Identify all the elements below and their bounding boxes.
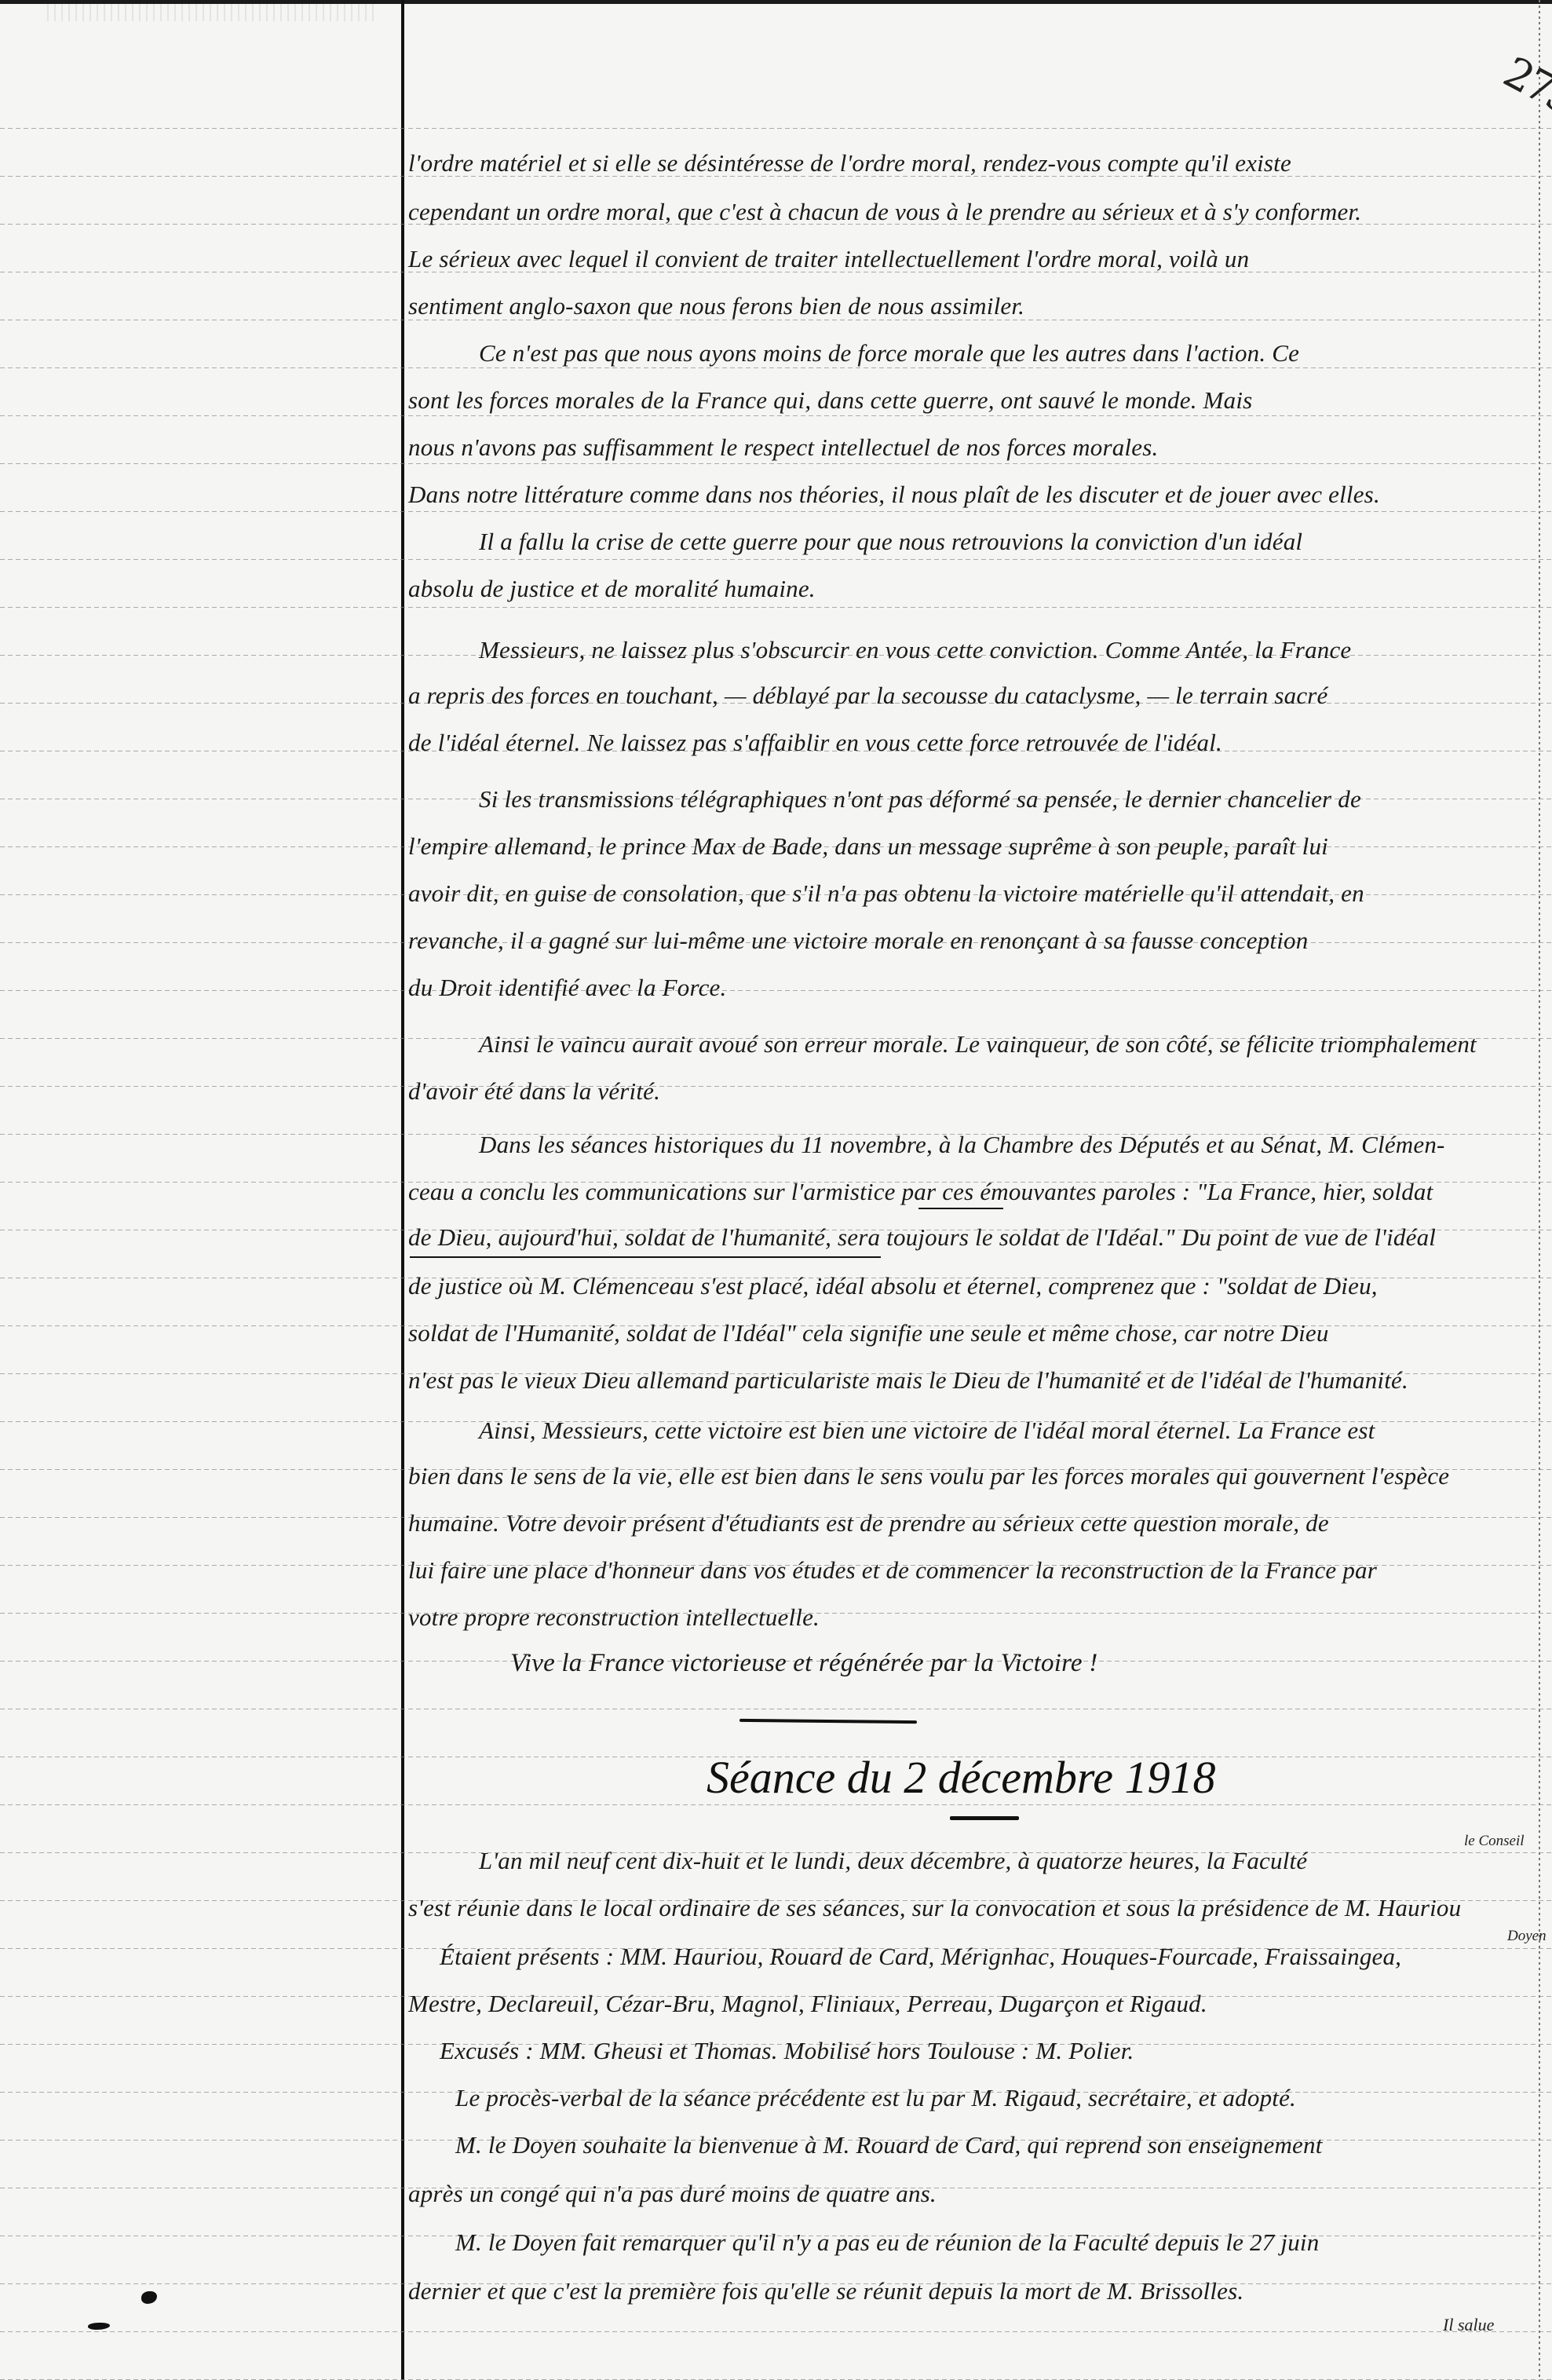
text-line: Le sérieux avec lequel il convient de tr… xyxy=(408,245,1249,273)
text-line: nous n'avons pas suffisamment le respect… xyxy=(408,433,1158,462)
text-line: a repris des forces en touchant, — débla… xyxy=(408,682,1328,710)
text-line: de l'idéal éternel. Ne laissez pas s'aff… xyxy=(408,729,1222,757)
text-line: bien dans le sens de la vie, elle est bi… xyxy=(408,1462,1449,1490)
ink-blot xyxy=(141,2291,157,2304)
text-line: M. le Doyen souhaite la bienvenue à M. R… xyxy=(455,2131,1323,2159)
text-line: Excusés : MM. Gheusi et Thomas. Mobilisé… xyxy=(440,2037,1134,2065)
heading-rule xyxy=(739,1719,917,1724)
text-line: revanche, il a gagné sur lui-même une vi… xyxy=(408,927,1308,955)
text-line: l'ordre matériel et si elle se désintére… xyxy=(408,149,1291,177)
text-line: Ce n'est pas que nous ayons moins de for… xyxy=(479,339,1299,367)
text-line: lui faire une place d'honneur dans vos é… xyxy=(408,1556,1377,1585)
text-line: du Droit identifié avec la Force. xyxy=(408,974,726,1002)
left-margin-rule xyxy=(401,0,404,2380)
text-line: L'an mil neuf cent dix-huit et le lundi,… xyxy=(479,1847,1307,1875)
text-line: n'est pas le vieux Dieu allemand particu… xyxy=(408,1366,1408,1395)
text-line: l'empire allemand, le prince Max de Bade… xyxy=(408,832,1328,861)
text-line: M. le Doyen fait remarquer qu'il n'y a p… xyxy=(455,2228,1319,2257)
handwritten-text-area: l'ordre matériel et si elle se désintére… xyxy=(408,0,1535,2380)
text-line: absolu de justice et de moralité humaine… xyxy=(408,575,816,603)
text-line: Mestre, Declareuil, Cézar-Bru, Magnol, F… xyxy=(408,1990,1207,2018)
text-line: soldat de l'Humanité, soldat de l'Idéal"… xyxy=(408,1319,1329,1347)
quote-underline xyxy=(918,1208,1003,1209)
closing-exclamation: Vive la France victorieuse et régénérée … xyxy=(510,1649,1097,1678)
text-line: Dans notre littérature comme dans nos th… xyxy=(408,481,1380,509)
session-heading: Séance du 2 décembre 1918 xyxy=(707,1751,1216,1804)
text-line: d'avoir été dans la vérité. xyxy=(408,1077,660,1106)
scan-noise xyxy=(47,4,377,21)
text-line: Ainsi, Messieurs, cette victoire est bie… xyxy=(479,1417,1375,1445)
text-line: votre propre reconstruction intellectuel… xyxy=(408,1603,820,1632)
text-line: de Dieu, aujourd'hui, soldat de l'humani… xyxy=(408,1223,1436,1252)
text-line: s'est réunie dans le local ordinaire de … xyxy=(408,1894,1461,1922)
text-line: Le procès-verbal de la séance précédente… xyxy=(455,2084,1296,2112)
text-line: cependant un ordre moral, que c'est à ch… xyxy=(408,198,1361,226)
heading-rule xyxy=(950,1816,1019,1820)
text-line: Il a fallu la crise de cette guerre pour… xyxy=(479,528,1302,556)
right-margin-rule xyxy=(1539,0,1540,2380)
quote-underline xyxy=(410,1256,881,1258)
text-line: Étaient présents : MM. Hauriou, Rouard d… xyxy=(440,1943,1401,1971)
interline-note: Il salue xyxy=(1443,2315,1494,2335)
text-line: Messieurs, ne laissez plus s'obscurcir e… xyxy=(479,636,1351,664)
text-line: dernier et que c'est la première fois qu… xyxy=(408,2277,1243,2305)
interline-note: le Conseil xyxy=(1464,1833,1525,1850)
text-line: avoir dit, en guise de consolation, que … xyxy=(408,879,1364,908)
interline-note: Doyen xyxy=(1507,1928,1547,1945)
text-line: Dans les séances historiques du 11 novem… xyxy=(479,1131,1445,1159)
text-line: ceau a conclu les communications sur l'a… xyxy=(408,1178,1433,1206)
ink-blot xyxy=(88,2323,110,2330)
text-line: sentiment anglo-saxon que nous ferons bi… xyxy=(408,292,1024,320)
text-line: de justice où M. Clémenceau s'est placé,… xyxy=(408,1272,1378,1300)
text-line: sont les forces morales de la France qui… xyxy=(408,386,1252,415)
text-line: Si les transmissions télégraphiques n'on… xyxy=(479,785,1361,813)
text-line: après un congé qui n'a pas duré moins de… xyxy=(408,2180,937,2208)
text-line: humaine. Votre devoir présent d'étudiant… xyxy=(408,1509,1329,1537)
text-line: Ainsi le vaincu aurait avoué son erreur … xyxy=(479,1030,1477,1058)
